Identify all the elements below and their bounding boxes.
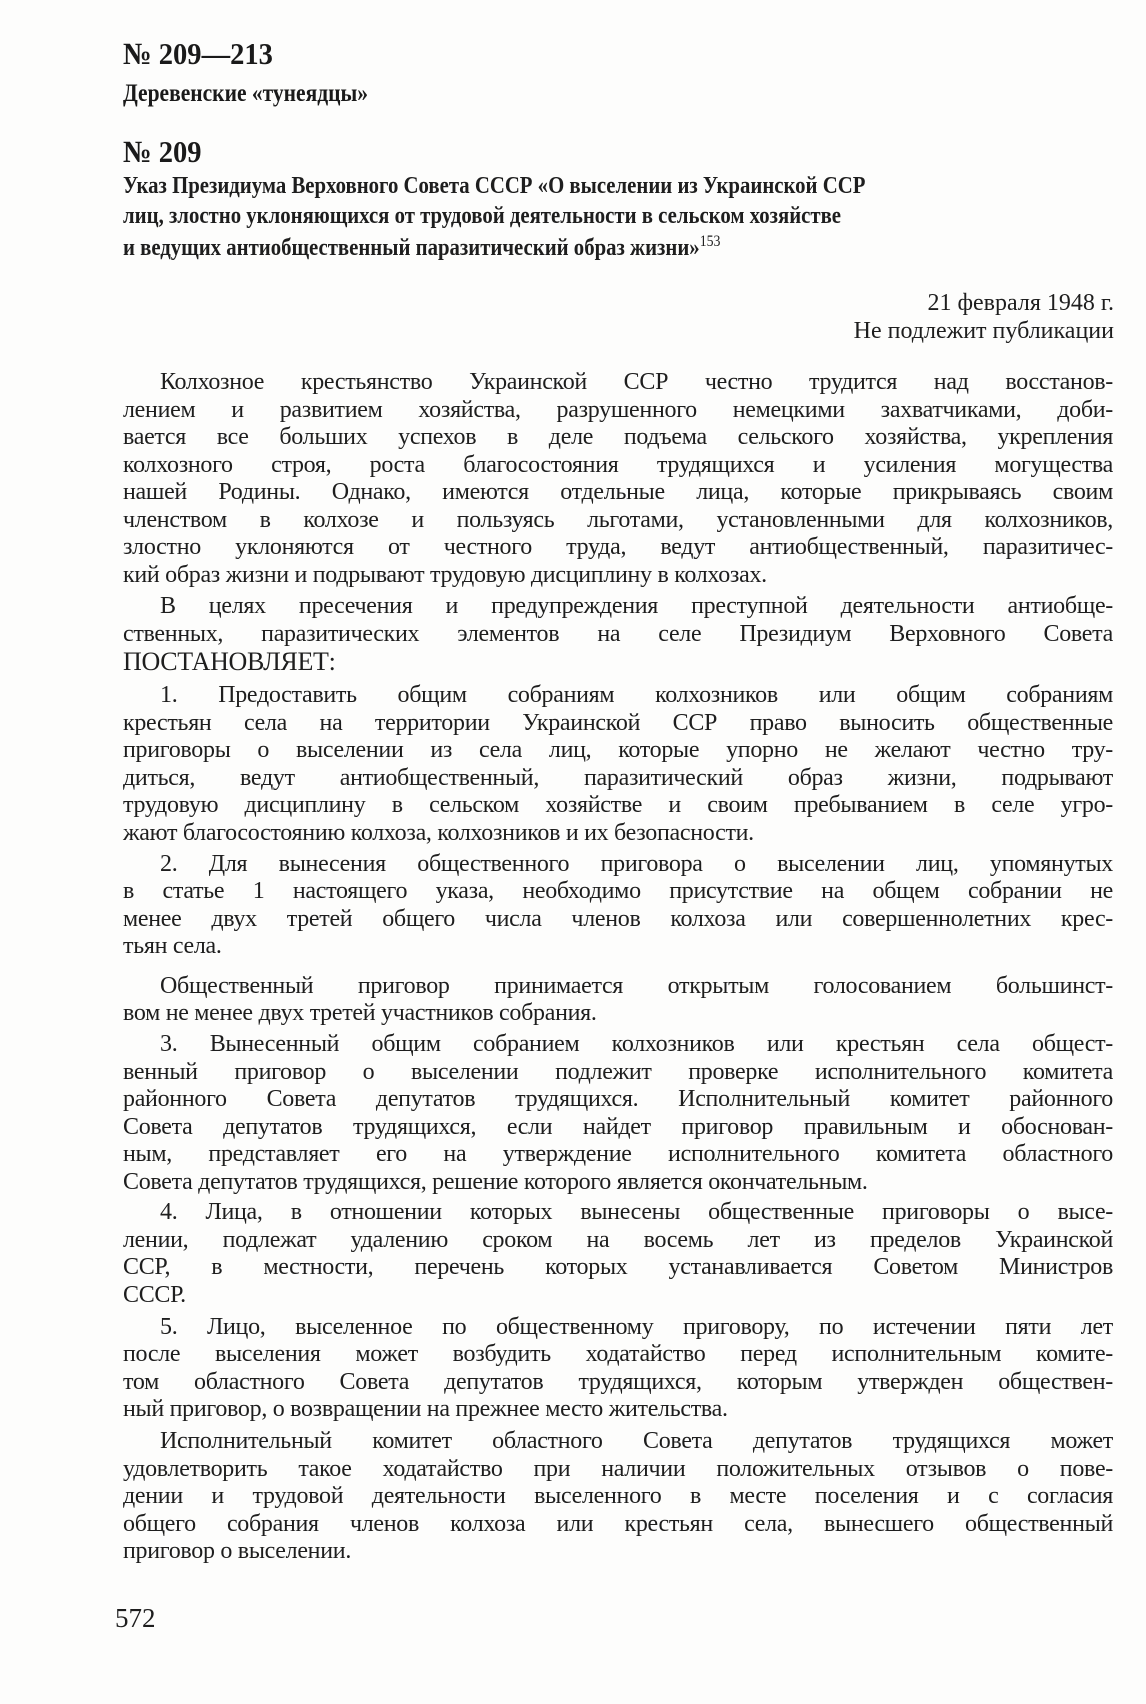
- body-line: ный приговор, о возвращении на прежнее м…: [123, 1395, 1113, 1423]
- document-title-line-2: лиц, злостно уклоняющихся от трудовой де…: [123, 203, 841, 230]
- body-line: колхозного строя, роста благосостояния т…: [123, 451, 1113, 479]
- body-line: диться, ведут антиобщественный, паразити…: [123, 764, 1113, 792]
- body-line: 1. Предоставить общим собраниям колхозни…: [160, 681, 1113, 709]
- body-line: приговоры о выселении из села лиц, котор…: [123, 736, 1113, 764]
- document-number: № 209: [123, 134, 202, 170]
- body-line: Совета депутатов трудящихся, решение кот…: [123, 1168, 1113, 1196]
- footnote-reference: 153: [700, 233, 721, 250]
- body-line: после выселения может возбудить ходатайс…: [123, 1340, 1113, 1368]
- body-line: 2. Для вынесения общественного приговора…: [160, 850, 1113, 878]
- body-line: СССР.: [123, 1281, 1113, 1309]
- body-line: том областного Совета депутатов трудящих…: [123, 1368, 1113, 1396]
- body-line: удовлетворить такое ходатайство при нали…: [123, 1455, 1113, 1483]
- body-line: районного Совета депутатов трудящихся. И…: [123, 1085, 1113, 1113]
- document-date: 21 февраля 1948 г.: [927, 290, 1114, 317]
- document-range-heading: № 209—213: [123, 36, 273, 72]
- document-title-line-3-text: и ведущих антиобщественный паразитически…: [123, 235, 700, 261]
- body-line: жают благосостоянию колхоза, колхозников…: [123, 819, 1113, 847]
- section-title: Деревенские «тунеядцы»: [123, 80, 368, 108]
- body-line: в статье 1 настоящего указа, необходимо …: [123, 877, 1113, 905]
- body-line: нашей Родины. Однако, имеются отдельные …: [123, 478, 1113, 506]
- body-line: Колхозное крестьянство Украинской ССР че…: [160, 368, 1113, 396]
- body-line: ССР, в местности, перечень которых устан…: [123, 1253, 1113, 1281]
- body-line: вом не менее двух третей участников собр…: [123, 999, 1113, 1027]
- body-line: менее двух третей общего числа членов ко…: [123, 905, 1113, 933]
- document-title-line-3: и ведущих антиобщественный паразитически…: [123, 233, 720, 262]
- document-title-line-1: Указ Президиума Верховного Совета СССР «…: [123, 173, 865, 200]
- body-line: 4. Лица, в отношении которых вынесены об…: [160, 1198, 1113, 1226]
- body-line: Совета депутатов трудящихся, если найдет…: [123, 1113, 1113, 1141]
- body-line: кий образ жизни и подрывают трудовую дис…: [123, 561, 1113, 589]
- body-line: крестьян села на территории Украинской С…: [123, 709, 1113, 737]
- document-page: № 209—213 Деревенские «тунеядцы» № 209 У…: [0, 0, 1146, 1704]
- body-line: 3. Вынесенный общим собранием колхознико…: [160, 1030, 1113, 1058]
- body-line: трудовую дисциплину в сельском хозяйстве…: [123, 791, 1113, 819]
- body-line: венный приговор о выселении подлежит про…: [123, 1058, 1113, 1086]
- body-line: лении, подлежат удалению сроком на восем…: [123, 1226, 1113, 1254]
- body-line: тьян села.: [123, 932, 1113, 960]
- body-line: членством в колхозе и пользуясь льготами…: [123, 506, 1113, 534]
- body-line: вается все больших успехов в деле подъем…: [123, 423, 1113, 451]
- resolution-heading: ПОСТАНОВЛЯЕТ:: [123, 648, 1113, 676]
- body-line: ным, представляет его на утверждение исп…: [123, 1140, 1113, 1168]
- page-number: 572: [115, 1603, 156, 1634]
- body-line: ственных, паразитических элементов на се…: [123, 620, 1113, 648]
- body-line: злостно уклоняются от честного труда, ве…: [123, 533, 1113, 561]
- body-line: В целях пресечения и предупреждения прес…: [160, 592, 1113, 620]
- body-line: приговор о выселении.: [123, 1537, 1113, 1565]
- restriction-note: Не подлежит публикации: [854, 318, 1114, 345]
- body-line: 5. Лицо, выселенное по общественному при…: [160, 1313, 1113, 1341]
- body-line: лением и развитием хозяйства, разрушенно…: [123, 396, 1113, 424]
- body-line: дении и трудовой деятельности выселенног…: [123, 1482, 1113, 1510]
- body-line: Общественный приговор принимается открыт…: [160, 972, 1113, 1000]
- body-line: Исполнительный комитет областного Совета…: [160, 1427, 1113, 1455]
- body-line: общего собрания членов колхоза или крест…: [123, 1510, 1113, 1538]
